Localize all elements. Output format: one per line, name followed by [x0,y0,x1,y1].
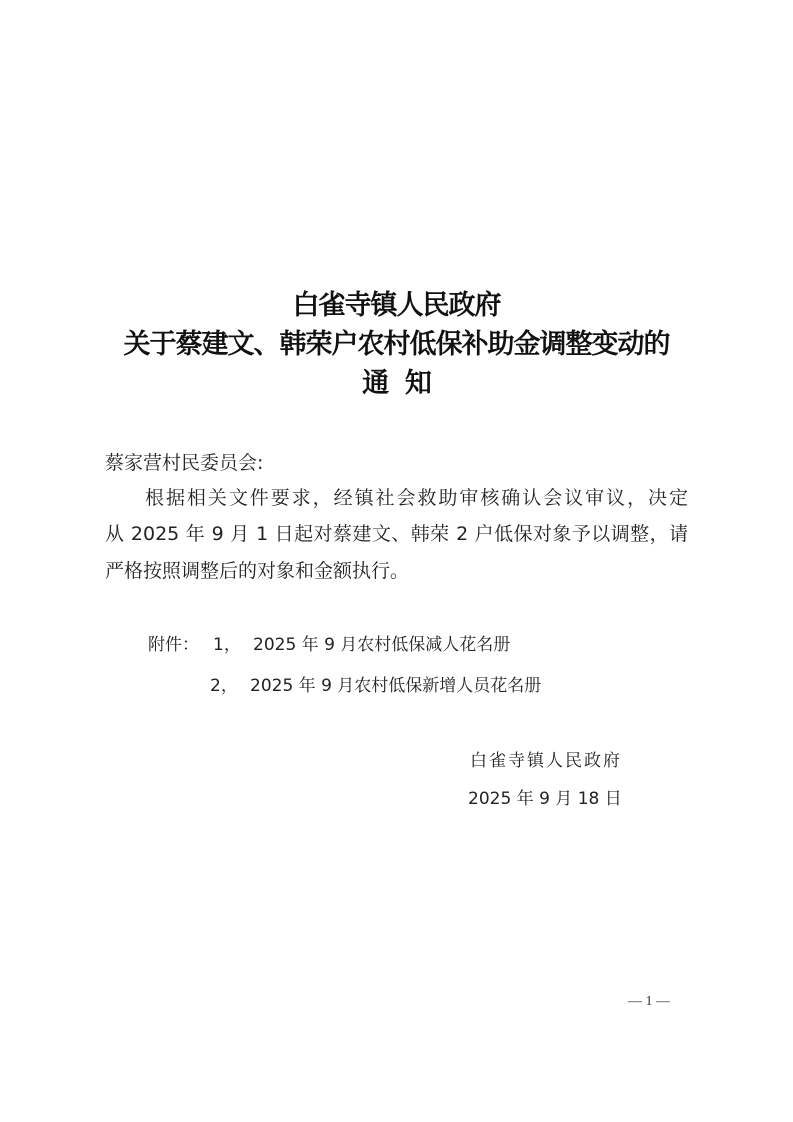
title-subject: 关于蔡建文、韩荣户农村低保补助金调整变动的 [0,327,793,363]
attachment-1-text: 2025 年 9 月农村低保减人花名册 [253,632,510,658]
attachment-1-number: 1， [213,632,241,658]
signature-issuer: 白雀寺镇人民政府 [470,748,622,774]
body-line-1: 根据相关文件要求，经镇社会救助审核确认会议审议，决定 [145,485,688,511]
title-issuer: 白雀寺镇人民政府 [0,288,793,324]
attachment-2-text: 2025 年 9 月农村低保新增人员花名册 [250,673,541,699]
attachment-2-number: 2， [210,673,238,699]
body-line-2: 从 2025 年 9 月 1 日起对蔡建文、韩荣 2 户低保对象予以调整，请 [105,521,688,547]
signature-date: 2025 年 9 月 18 日 [468,786,622,812]
body-line-3: 严格按照调整后的对象和金额执行。 [105,558,409,584]
addressee: 蔡家营村民委员会: [105,450,263,476]
title-notice: 通 知 [0,366,793,402]
page-number: — 1 — [628,994,670,1010]
attachments-label: 附件： [148,632,199,658]
